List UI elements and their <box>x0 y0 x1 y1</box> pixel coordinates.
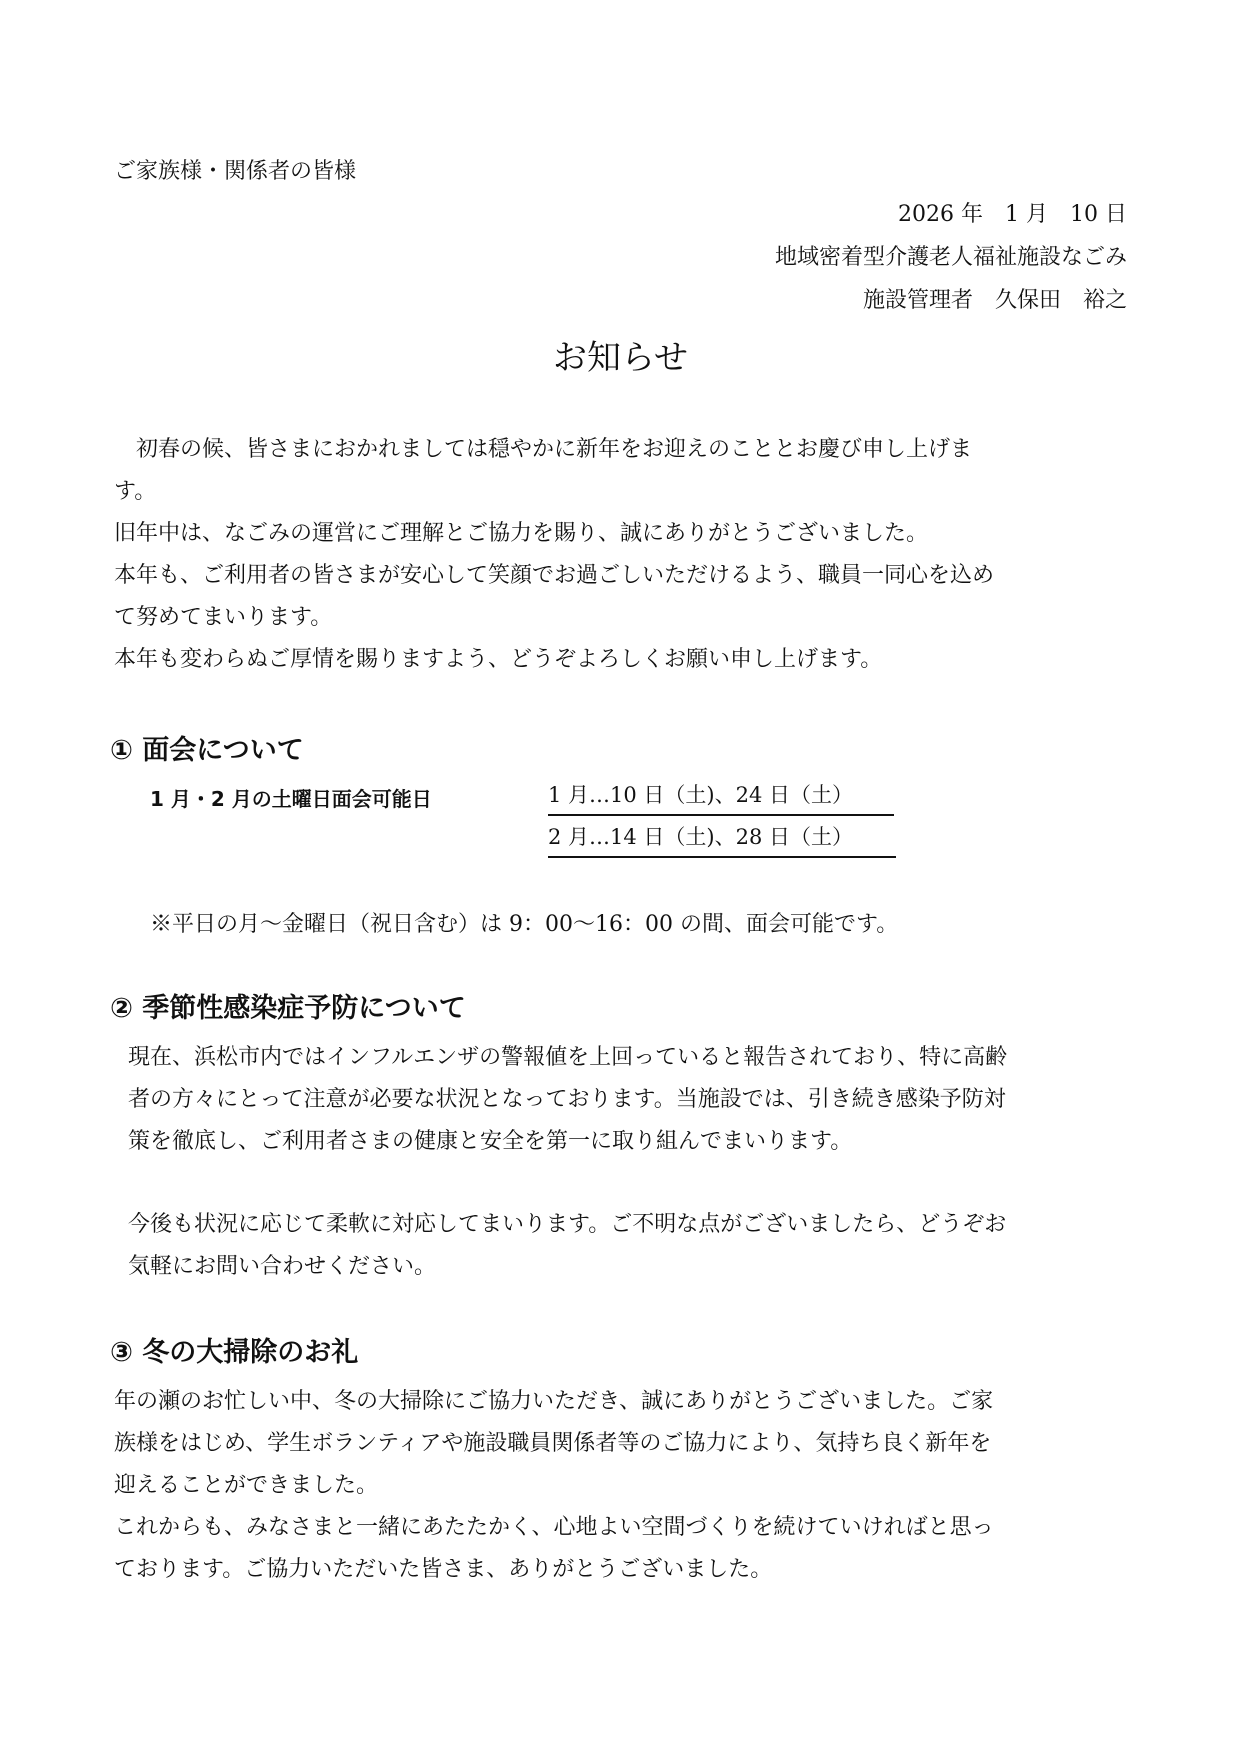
section-line: 現在、浜松市内ではインフルエンザの警報値を上回っていると報告されており、特に高齢 <box>128 1038 1007 1078</box>
weekday-visit-note: ※平日の月～金曜日（祝日含む）は 9：00～16：00 の間、面会可能です。 <box>150 905 898 945</box>
section-line: ております。ご協力いただいた皆さま、ありがとうございました。 <box>114 1550 772 1590</box>
section-line: これからも、みなさまと一緒にあたたかく、心地よい空間づくりを続けていければと思っ <box>114 1508 994 1548</box>
visit-days-label: 1 月・2 月の土曜日面会可能日 <box>150 783 432 812</box>
section-line: 策を徹底し、ご利用者さまの健康と安全を第一に取り組んでまいります。 <box>128 1122 852 1162</box>
visit-dates-january: 1 月…10 日（土)、24 日（土） <box>548 778 894 816</box>
visit-dates-february: 2 月…14 日（土)、28 日（土） <box>548 820 896 858</box>
section-line: 迎えることができました。 <box>114 1466 378 1506</box>
section-heading: ② 季節性感染症予防について <box>110 986 466 1025</box>
section-line: 族様をはじめ、学生ボランティアや施設職員関係者等のご協力により、気持ち良く新年を <box>114 1424 991 1464</box>
sender-name: 施設管理者 久保田 裕之 <box>863 281 1127 321</box>
date-text: 2 月…14 日（土)、28 日（土） <box>548 820 896 858</box>
section-heading: ① 面会について <box>110 728 304 767</box>
greeting-line: 旧年中は、なごみの運営にご理解とご協力を賜り、誠にありがとうございました。 <box>114 514 928 554</box>
section-line: 気軽にお問い合わせください。 <box>128 1247 436 1287</box>
section-line: 者の方々にとって注意が必要な状況となっております。当施設では、引き続き感染予防対 <box>128 1080 1006 1120</box>
issue-date: 2026 年 1 月 10 日 <box>898 195 1127 235</box>
date-text: 1 月…10 日（土)、24 日（土） <box>548 778 894 816</box>
section-line: 今後も状況に応じて柔軟に対応してまいります。ご不明な点がございましたら、どうぞお <box>128 1205 1006 1245</box>
page-title: お知らせ <box>0 330 1241 379</box>
greeting-line: す。 <box>114 472 156 512</box>
section-line: 年の瀬のお忙しい中、冬の大掃除にご協力いただき、誠にありがとうございました。ご家 <box>114 1382 993 1422</box>
recipient: ご家族様・関係者の皆様 <box>114 152 356 192</box>
greeting-line: て努めてまいります。 <box>114 598 332 638</box>
greeting-line: 本年も、ご利用者の皆さまが安心して笑顔でお過ごしいただけるよう、職員一同心を込め <box>114 556 994 596</box>
greeting-line: 本年も変わらぬご厚情を賜りますよう、どうぞよろしくお願い申し上げます。 <box>114 640 882 680</box>
notice-document: ご家族様・関係者の皆様 2026 年 1 月 10 日 地域密着型介護老人福祉施… <box>0 0 1241 1755</box>
greeting-line: 初春の候、皆さまにおかれましては穏やかに新年をお迎えのこととお慶び申し上げま <box>114 430 972 470</box>
section-heading: ③ 冬の大掃除のお礼 <box>110 1330 358 1369</box>
organization-name: 地域密着型介護老人福祉施設なごみ <box>775 238 1127 278</box>
